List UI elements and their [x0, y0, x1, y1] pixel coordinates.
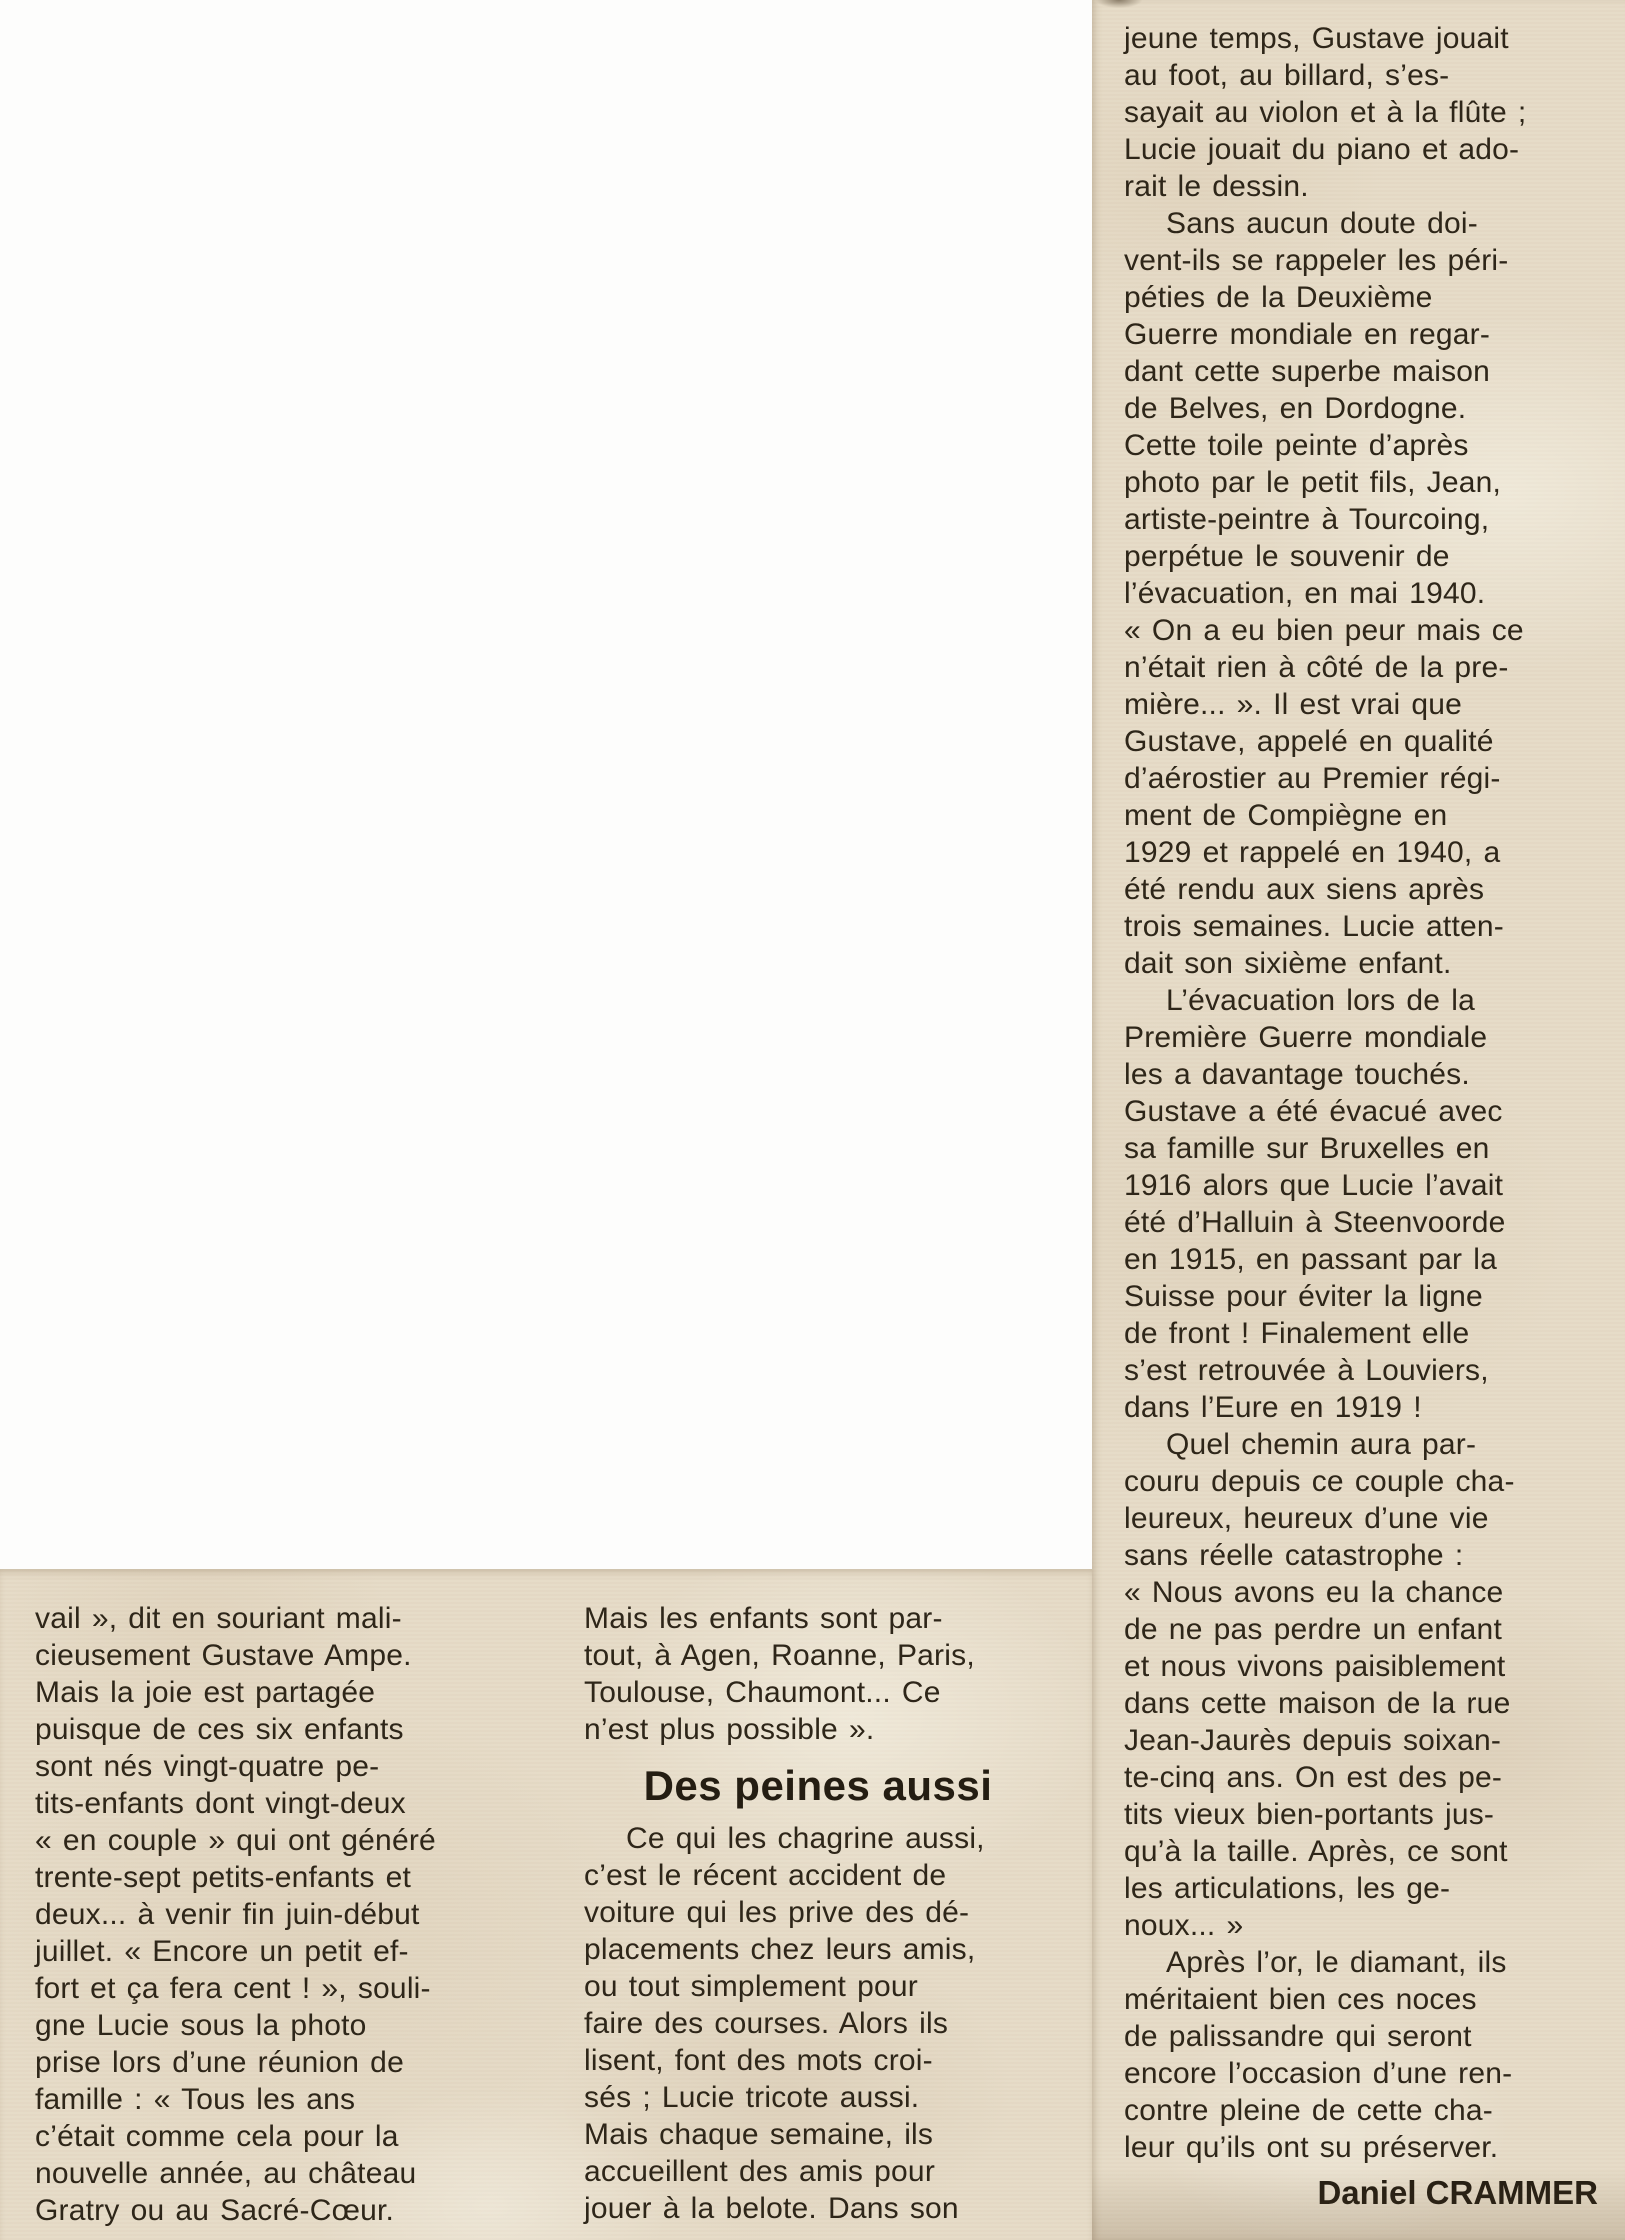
paragraph: Ce qui les chagrine aussi, c’est le réce… — [584, 1820, 1052, 2227]
newspaper-clipping-bottom: vail », dit en souriant mali- cieusement… — [0, 1569, 1092, 2240]
article-right-column: jeune temps, Gustave jouait au foot, au … — [1124, 20, 1602, 2211]
paragraph-continuation: vail », dit en souriant mali- cieusement… — [35, 1600, 515, 2229]
article-bottom-left-column: vail », dit en souriant mali- cieusement… — [35, 1600, 515, 2229]
paragraph: Après l’or, le diamant, ils méritaient b… — [1124, 1944, 1602, 2166]
author-byline: Daniel CRAMMER — [1124, 2174, 1598, 2211]
newspaper-scan: jeune temps, Gustave jouait au foot, au … — [0, 0, 1625, 2240]
newspaper-clipping-right-column: jeune temps, Gustave jouait au foot, au … — [1092, 0, 1625, 2240]
paragraph: Quel chemin aura par- couru depuis ce co… — [1124, 1426, 1602, 1944]
paragraph-continuation: Mais les enfants sont par- tout, à Agen,… — [584, 1600, 1052, 1748]
section-heading: Des peines aussi — [584, 1762, 1052, 1810]
article-bottom-middle-column: Mais les enfants sont par- tout, à Agen,… — [584, 1600, 1052, 2227]
paragraph: Sans aucun doute doi- vent-ils se rappel… — [1124, 205, 1602, 982]
paragraph: L’évacuation lors de la Première Guerre … — [1124, 982, 1602, 1426]
paper-edge-mark — [1096, 0, 1142, 8]
paragraph-continuation: jeune temps, Gustave jouait au foot, au … — [1124, 20, 1602, 205]
